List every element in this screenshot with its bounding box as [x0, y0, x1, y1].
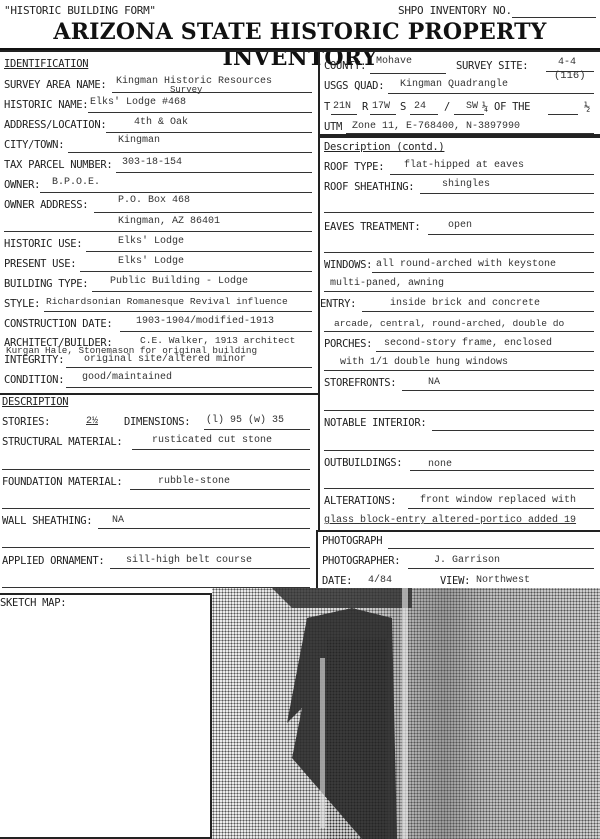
notable-interior-label: NOTABLE INTERIOR: — [324, 417, 426, 429]
wall-sheathing-label: WALL SHEATHING: — [2, 515, 92, 527]
integrity-label: INTEGRITY: — [4, 354, 64, 366]
photographer-label: PHOTOGRAPHER: — [322, 555, 400, 567]
identification-heading: IDENTIFICATION — [4, 58, 88, 70]
windows-label: WINDOWS: — [324, 259, 372, 271]
usgs-quad-value: Kingman Quadrangle — [400, 79, 508, 90]
city-value: Kingman — [118, 135, 160, 146]
applied-ornament-label: APPLIED ORNAMENT: — [2, 555, 104, 567]
structural-material-label: STRUCTURAL MATERIAL: — [2, 436, 122, 448]
owner-value: B.P.O.E. — [52, 177, 100, 188]
dimensions-label: DIMENSIONS: — [124, 416, 190, 428]
range-value: 17W — [372, 101, 390, 112]
photographer-value: J. Garrison — [434, 555, 500, 566]
historic-use-value: Elks' Lodge — [118, 236, 184, 247]
present-use-value: Elks' Lodge — [118, 256, 184, 267]
windows-value-2: multi-paned, awning — [330, 278, 444, 289]
photo-date-label: DATE: — [322, 575, 352, 587]
building-type-value: Public Building - Lodge — [110, 276, 248, 287]
entry-value-2: arcade, central, round-arched, double do — [334, 318, 564, 329]
alterations-label: ALTERATIONS: — [324, 495, 396, 507]
outbuildings-label: OUTBUILDINGS: — [324, 457, 402, 469]
survey-area-value-2: Survey — [170, 85, 202, 95]
foundation-material-label: FOUNDATION MATERIAL: — [2, 476, 122, 488]
building-photograph — [212, 588, 600, 839]
township-value: 21N — [333, 101, 351, 112]
form-type-label: "HISTORIC BUILDING FORM" — [4, 4, 156, 17]
integrity-value: original site/altered minor — [84, 354, 246, 365]
usgs-quad-label: USGS QUAD: — [324, 80, 384, 92]
survey-area-label: SURVEY AREA NAME: — [4, 79, 106, 91]
description-contd-heading: Description (contd.) — [324, 141, 444, 153]
condition-value: good/maintained — [82, 372, 172, 383]
owner-address-label: OWNER ADDRESS: — [4, 199, 88, 211]
building-type-label: BUILDING TYPE: — [4, 278, 88, 290]
construction-date-label: CONSTRUCTION DATE: — [4, 318, 112, 330]
tax-parcel-value: 303-18-154 — [122, 157, 182, 168]
storefronts-label: STOREFRONTS: — [324, 377, 396, 389]
construction-date-value: 1903-1904/modified-1913 — [136, 316, 274, 327]
alterations-value: front window replaced with — [420, 495, 576, 506]
owner-address-value-2: Kingman, AZ 86401 — [118, 216, 220, 227]
applied-ornament-value: sill-high belt course — [126, 555, 252, 566]
tax-parcel-label: TAX PARCEL NUMBER: — [4, 159, 112, 171]
storefronts-value: NA — [428, 377, 440, 388]
section-label: S — [400, 101, 406, 113]
outbuildings-value: none — [428, 459, 452, 470]
address-value: 4th & Oak — [134, 117, 188, 128]
porches-value: second-story frame, enclosed — [384, 338, 552, 349]
utm-value: Zone 11, E-768400, N-3897990 — [352, 121, 520, 132]
eaves-label: EAVES TREATMENT: — [324, 221, 420, 233]
roof-sheathing-value: shingles — [442, 179, 490, 190]
county-label: COUNTY: — [324, 60, 366, 72]
sketch-map-box: SKETCH MAP: — [0, 593, 212, 839]
description-contd-section — [318, 136, 600, 536]
shpo-inventory-field[interactable] — [512, 17, 596, 18]
structural-material-value: rusticated cut stone — [152, 435, 272, 446]
roof-type-value: flat-hipped at eaves — [404, 160, 524, 171]
foundation-material-value: rubble-stone — [158, 476, 230, 487]
owner-address-value: P.O. Box 468 — [118, 195, 190, 206]
style-label: STYLE: — [4, 298, 40, 310]
owner-label: OWNER: — [4, 179, 40, 191]
porches-label: PORCHES: — [324, 338, 372, 350]
roof-sheathing-label: ROOF SHEATHING: — [324, 181, 414, 193]
section-value: 24 — [414, 101, 426, 112]
condition-label: CONDITION: — [4, 374, 64, 386]
county-value: Mohave — [376, 56, 412, 67]
sketch-map-label: SKETCH MAP: — [0, 597, 66, 609]
slash-separator: / — [444, 101, 450, 113]
porches-value-2: with 1/1 double hung windows — [340, 357, 508, 368]
half-label: ½ — [584, 101, 590, 113]
eaves-value: open — [448, 220, 472, 231]
survey-site-value-2: (116) — [554, 70, 586, 82]
township-label: T — [324, 101, 330, 113]
wall-sheathing-value: NA — [112, 515, 124, 526]
historic-name-value: Elks' Lodge #468 — [90, 97, 186, 108]
dimensions-value: (l) 95 (w) 35 — [206, 415, 284, 426]
range-label: R — [362, 101, 368, 113]
utm-label: UTM — [324, 121, 342, 133]
city-label: CITY/TOWN: — [4, 139, 64, 151]
roof-type-label: ROOF TYPE: — [324, 161, 384, 173]
photo-view-value: Northwest — [476, 575, 530, 586]
present-use-label: PRESENT USE: — [4, 258, 76, 270]
survey-site-value: 4-4 — [558, 57, 576, 68]
building-photo-image — [212, 588, 600, 839]
windows-value: all round-arched with keystone — [376, 259, 556, 270]
stories-label: STORIES: — [2, 416, 50, 428]
photograph-heading: PHOTOGRAPH — [322, 535, 382, 547]
entry-label: ENTRY: — [320, 298, 356, 310]
address-label: ADDRESS/LOCATION: — [4, 119, 106, 131]
historic-use-label: HISTORIC USE: — [4, 238, 82, 250]
entry-value: inside brick and concrete — [390, 298, 540, 309]
historic-name-label: HISTORIC NAME: — [4, 99, 88, 111]
style-value: Richardsonian Romanesque Revival influen… — [46, 296, 288, 307]
quarter-suffix: ¼ OF THE — [482, 101, 530, 113]
stories-value: 2½ — [86, 416, 98, 427]
photo-date-value: 4/84 — [368, 575, 392, 586]
description-heading: DESCRIPTION — [2, 396, 68, 408]
quarter-value: SW — [466, 101, 478, 112]
survey-site-label: SURVEY SITE: — [456, 60, 528, 72]
shpo-inventory-label: SHPO INVENTORY NO. — [398, 4, 512, 17]
photo-view-label: VIEW: — [440, 575, 470, 587]
alterations-value-2: glass block-entry altered-portico added … — [324, 515, 576, 526]
